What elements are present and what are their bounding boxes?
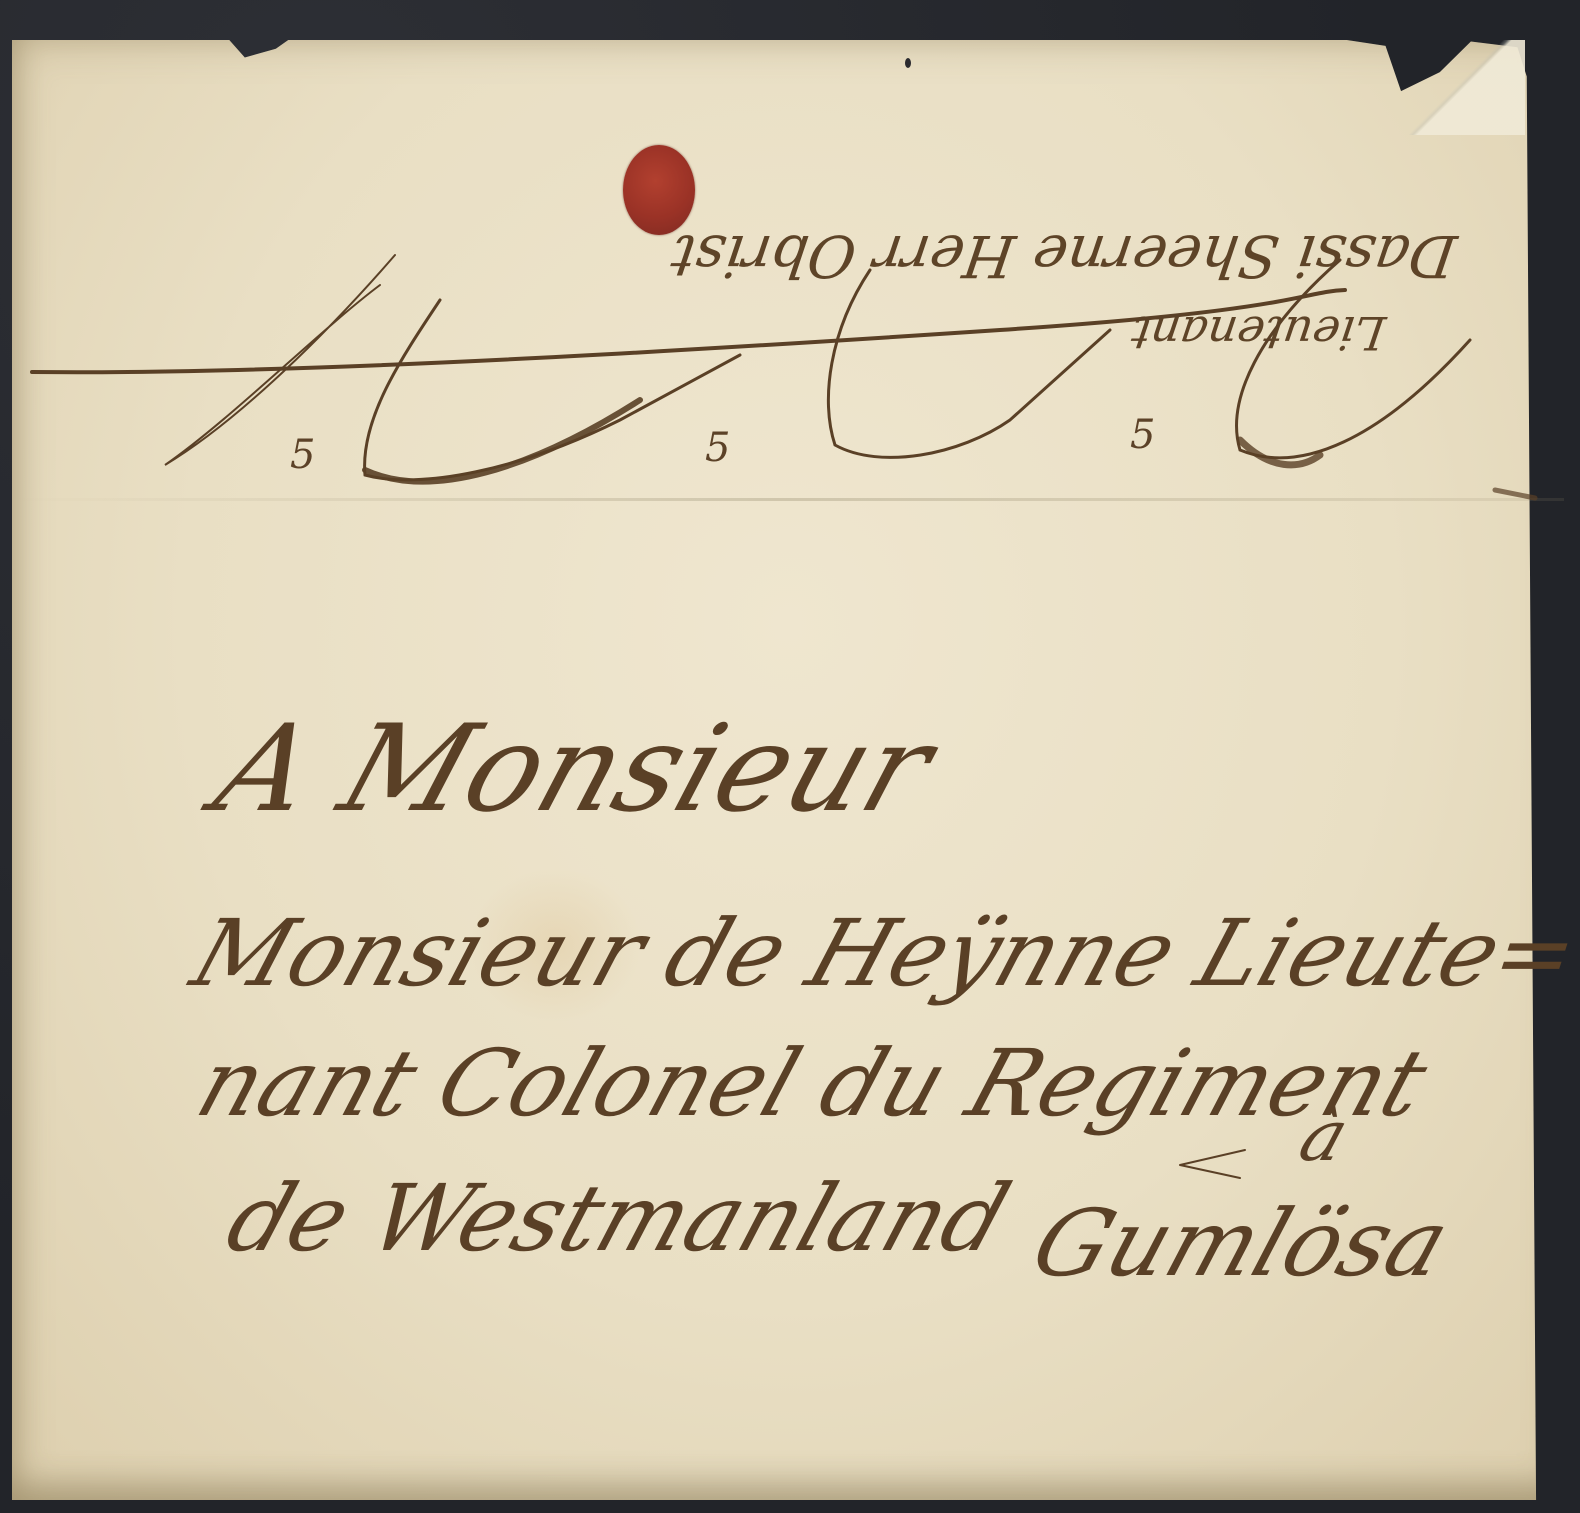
- address-line-salutation: A Monsieur: [200, 700, 948, 839]
- rate-mark-3: 5: [1130, 412, 1155, 458]
- address-line-destination: Gumlösa: [1020, 1190, 1462, 1297]
- address-line-rank: nant Colonel du Regiment: [185, 1030, 1440, 1137]
- rate-mark-1: 5: [290, 432, 315, 478]
- address-line-name: Monsieur de Heÿnne Lieute=: [180, 900, 1580, 1007]
- rate-mark-2: 5: [705, 425, 730, 471]
- address-line-regiment: de Westmanland: [215, 1165, 1022, 1272]
